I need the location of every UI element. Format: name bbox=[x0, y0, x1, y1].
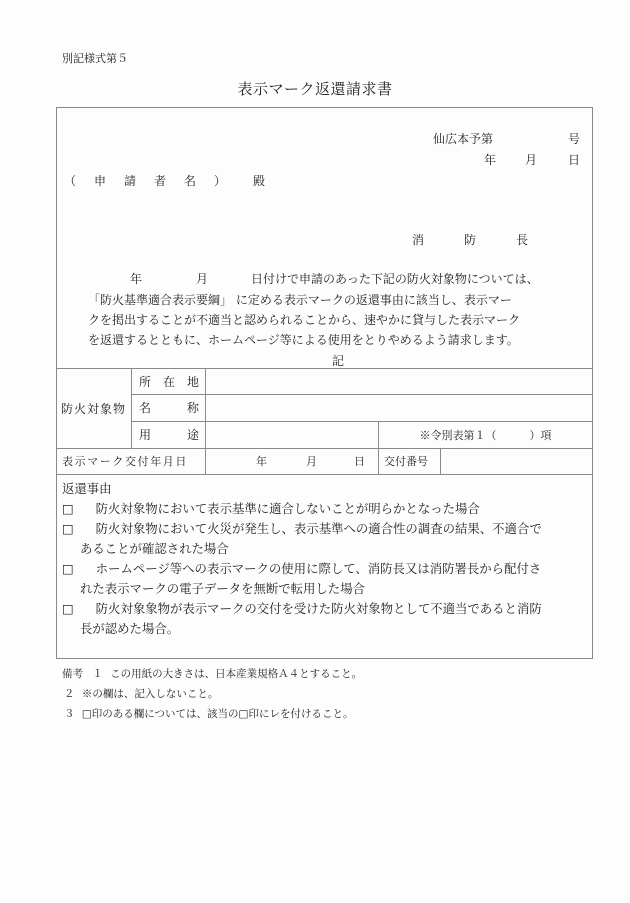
note-number: ２ bbox=[64, 688, 75, 700]
issue-date-month: 月 bbox=[306, 448, 317, 474]
label-char: 地 bbox=[187, 373, 199, 390]
label-char: 途 bbox=[187, 426, 199, 443]
reason-item-1: □ 防火対象物において表示基準に適合しないことが明らかとなった場合 bbox=[62, 499, 480, 517]
reason-item-2: □ 防火対象物において火災が発生し、表示基準への適合性の調査の結果、不適合で bbox=[62, 519, 542, 537]
body-line1: 日付けで申請のあった下記の防火対象物については、 bbox=[251, 270, 539, 287]
applicant-addressee: （ 申 請 者 名 ） 殿 bbox=[64, 172, 268, 189]
ordinance-table-note: ※令別表第１（ ）項 bbox=[378, 421, 593, 448]
reason-item-4: □ 防火対象象物が表示マークの交付を受けた防火対象物として不適当であると消防 bbox=[62, 599, 542, 617]
reasons-heading: 返還事由 bbox=[62, 479, 112, 497]
reason-text: 防火対象象物が表示マークの交付を受けた防火対象物として不適当であると消防 bbox=[96, 601, 542, 616]
date-day: 日 bbox=[568, 151, 580, 168]
note-text: □印のある欄については、該当の□印にレを付けること。 bbox=[82, 708, 354, 720]
body-line2: 「防火基準適合表示要綱」 に定める表示マークの返還事由に該当し、表示マー bbox=[88, 291, 512, 308]
label-char: 名 bbox=[139, 399, 151, 416]
label-char: 在 bbox=[163, 373, 175, 390]
issuer-char-3: 長 bbox=[516, 231, 528, 248]
issue-number-field[interactable] bbox=[441, 449, 592, 474]
checkbox[interactable]: □ bbox=[62, 561, 74, 576]
issue-date-label: 表示マーク交付年月日 bbox=[62, 448, 205, 474]
location-field[interactable] bbox=[206, 369, 592, 394]
notes-label: 備考 bbox=[62, 668, 83, 680]
ki-heading: 記 bbox=[332, 352, 344, 369]
doc-number-suffix: 号 bbox=[568, 130, 580, 147]
note-3: ３ □印のある欄については、該当の□印にレを付けること。 bbox=[64, 706, 353, 721]
body-year: 年 bbox=[130, 270, 142, 287]
doc-number-prefix: 仙広本予第 bbox=[433, 130, 493, 147]
note-text: この用紙の大きさは、日本産業規格Ａ４とすること。 bbox=[110, 668, 362, 680]
note-text: ※の欄は、記入しないこと。 bbox=[82, 688, 219, 700]
row-label-name: 名 称 bbox=[139, 394, 199, 421]
reason-item-3: □ ホームページ等への表示マークの使用に際して、消防長又は消防署長から配付さ bbox=[62, 559, 541, 577]
name-field[interactable] bbox=[206, 395, 592, 421]
issuer-char-1: 消 bbox=[412, 231, 424, 248]
fire-object-group-label: 防火対象物 bbox=[56, 368, 131, 448]
reason-text: ホームページ等への表示マークの使用に際して、消防長又は消防署長から配付さ bbox=[96, 561, 542, 576]
label-char: 称 bbox=[187, 399, 199, 416]
form-label: 別記様式第５ bbox=[62, 50, 128, 66]
reason-text-cont: 長が認めた場合。 bbox=[80, 619, 179, 637]
body-line4: を返還するとともに、ホームページ等による使用をとりやめるよう請求します。 bbox=[88, 331, 519, 348]
checkbox[interactable]: □ bbox=[62, 521, 74, 536]
usage-field[interactable] bbox=[206, 422, 377, 448]
note-number: １ bbox=[92, 668, 103, 680]
date-year: 年 bbox=[484, 151, 496, 168]
date-month: 月 bbox=[525, 151, 537, 168]
label-char: 用 bbox=[139, 426, 151, 443]
note-number: ３ bbox=[64, 708, 75, 720]
divider bbox=[56, 474, 593, 475]
issue-date-year: 年 bbox=[256, 448, 267, 474]
reason-text: 防火対象物において表示基準に適合しないことが明らかとなった場合 bbox=[96, 501, 480, 516]
note-2: ２ ※の欄は、記入しないこと。 bbox=[64, 686, 218, 701]
label-char: 所 bbox=[139, 373, 151, 390]
row-label-usage: 用 途 bbox=[139, 421, 199, 448]
document-title: 表示マーク返還請求書 bbox=[0, 78, 630, 99]
checkbox[interactable]: □ bbox=[62, 601, 74, 616]
body-line3: クを掲出することが不適当と認められることから、速やかに貸与した表示マーク bbox=[88, 311, 520, 328]
reason-text: 防火対象物において火災が発生し、表示基準への適合性の調査の結果、不適合で bbox=[96, 521, 542, 536]
note-1: 備考 １ この用紙の大きさは、日本産業規格Ａ４とすること。 bbox=[62, 666, 362, 681]
issuer-char-2: 防 bbox=[464, 231, 476, 248]
issue-date-day: 日 bbox=[354, 448, 365, 474]
divider bbox=[131, 368, 132, 448]
issue-number-label: 交付番号 bbox=[384, 448, 428, 474]
reason-text-cont: れた表示マークの電子データを無断で転用した場合 bbox=[80, 579, 365, 597]
body-month: 月 bbox=[196, 270, 208, 287]
row-label-location: 所 在 地 bbox=[139, 368, 199, 394]
reason-text-cont: あることが確認された場合 bbox=[80, 539, 229, 557]
checkbox[interactable]: □ bbox=[62, 501, 74, 516]
